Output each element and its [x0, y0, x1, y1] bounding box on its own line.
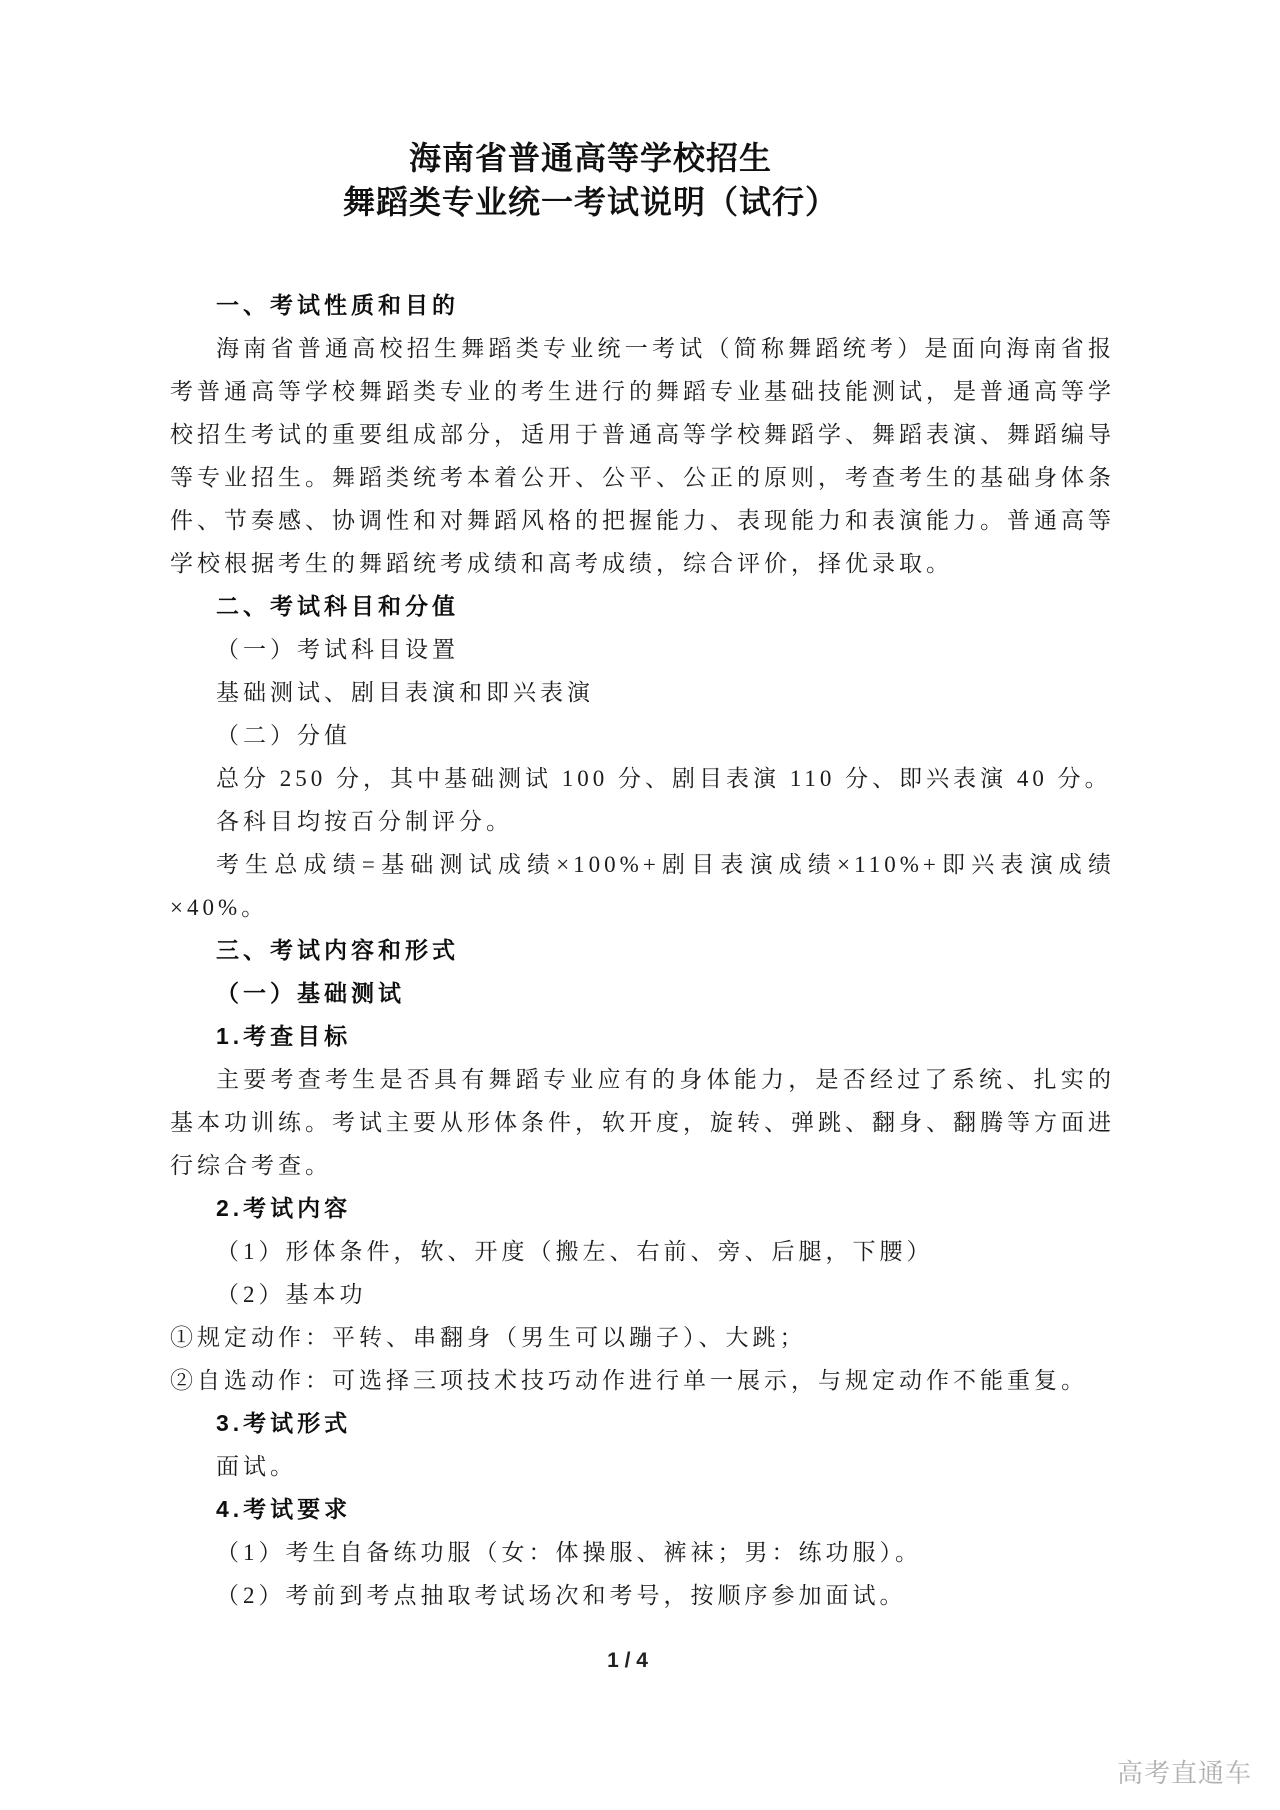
section-heading: 二、考试科目和分值: [170, 585, 1115, 628]
paragraph: 总分 250 分，其中基础测试 100 分、剧目表演 110 分、即兴表演 40…: [170, 757, 1115, 800]
paragraph: （2）考前到考点抽取考试场次和考号，按顺序参加面试。: [170, 1574, 1115, 1617]
section-heading: 4.考试要求: [170, 1488, 1115, 1531]
document-page: 海南省普通高等学校招生 舞蹈类专业统一考试说明（试行） 一、考试性质和目的海南省…: [0, 0, 1280, 1810]
paragraph: 各科目均按百分制评分。: [170, 800, 1115, 843]
paragraph: （1）形体条件，软、开度（搬左、右前、旁、后腿，下腰）: [170, 1230, 1115, 1273]
paragraph: 考生总成绩=基础测试成绩×100%+剧目表演成绩×110%+即兴表演成绩×40%…: [170, 843, 1115, 929]
paragraph: （2）基本功: [170, 1273, 1115, 1316]
paragraph: （二）分值: [170, 714, 1115, 757]
document-title-line-1: 海南省普通高等学校招生: [118, 136, 1063, 180]
section-heading: 一、考试性质和目的: [170, 284, 1115, 327]
watermark-text: 高考直通车: [1117, 1753, 1252, 1790]
paragraph: ②自选动作：可选择三项技术技巧动作进行单一展示，与规定动作不能重复。: [170, 1359, 1115, 1402]
page-number: 1 / 4: [155, 1649, 1100, 1673]
section-heading: （一）基础测试: [170, 972, 1115, 1015]
section-heading: 2.考试内容: [170, 1187, 1115, 1230]
paragraph: （1）考生自备练功服（女：体操服、裤袜；男：练功服）。: [170, 1531, 1115, 1574]
paragraph: 主要考查考生是否具有舞蹈专业应有的身体能力，是否经过了系统、扎实的基本功训练。考…: [170, 1058, 1115, 1187]
paragraph: 基础测试、剧目表演和即兴表演: [170, 671, 1115, 714]
document-title-line-2: 舞蹈类专业统一考试说明（试行）: [118, 180, 1063, 224]
paragraph: （一）考试科目设置: [170, 628, 1115, 671]
document-title: 海南省普通高等学校招生 舞蹈类专业统一考试说明（试行）: [118, 136, 1063, 224]
paragraph: 海南省普通高校招生舞蹈类专业统一考试（简称舞蹈统考）是面向海南省报考普通高等学校…: [170, 327, 1115, 585]
section-heading: 3.考试形式: [170, 1402, 1115, 1445]
document-content: 海南省普通高等学校招生 舞蹈类专业统一考试说明（试行） 一、考试性质和目的海南省…: [170, 0, 1115, 1673]
section-heading: 三、考试内容和形式: [170, 929, 1115, 972]
paragraph: ①规定动作：平转、串翻身（男生可以蹦子）、大跳；: [170, 1316, 1115, 1359]
paragraph: 面试。: [170, 1445, 1115, 1488]
document-body: 一、考试性质和目的海南省普通高校招生舞蹈类专业统一考试（简称舞蹈统考）是面向海南…: [170, 284, 1115, 1617]
section-heading: 1.考查目标: [170, 1015, 1115, 1058]
